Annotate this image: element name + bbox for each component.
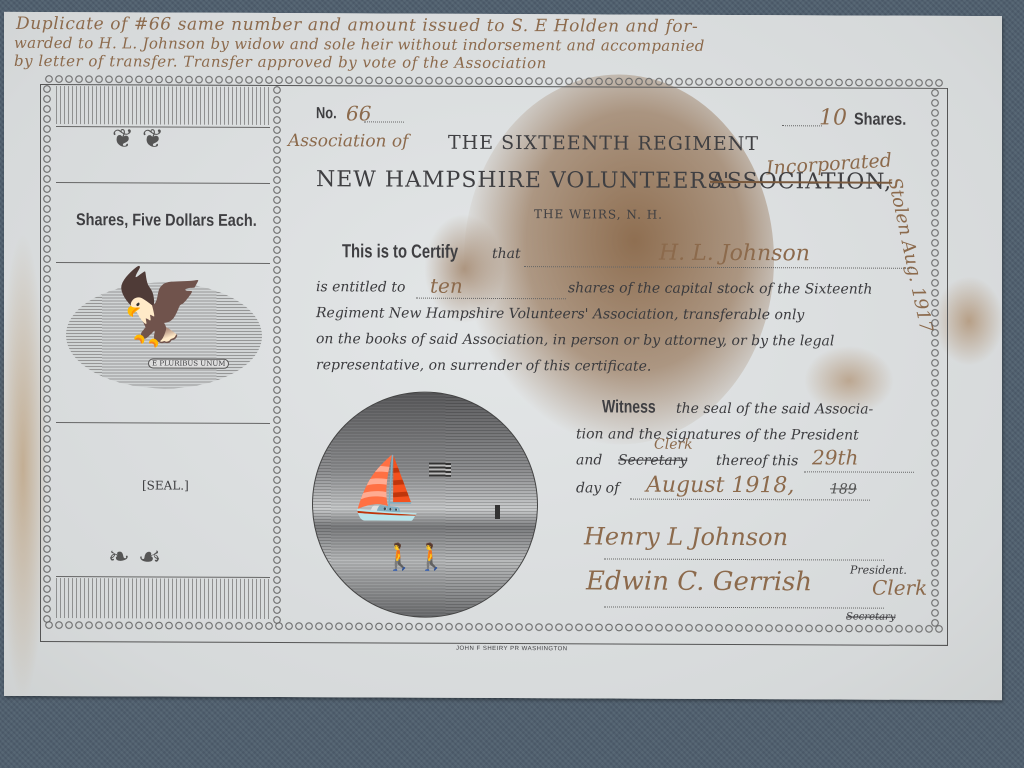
date-written: August 1918,	[646, 473, 794, 499]
secretary-title-struck: Secretary	[846, 611, 895, 622]
witness-line-1: the seal of the said Associa-	[676, 401, 873, 418]
body-line-5: representative, on surrender of this cer…	[316, 357, 651, 374]
president-signature: Henry L Johnson	[584, 522, 788, 551]
certificate-number-label: No.	[316, 105, 337, 123]
shares-clause: shares of the capital stock of the Sixte…	[568, 280, 872, 297]
witness-line-2: tion and the signatures of the President	[576, 426, 859, 443]
flourish-top-icon: ❦ ❦	[112, 124, 164, 154]
that-word: that	[492, 246, 521, 262]
shares-label: Shares.	[854, 110, 906, 130]
holder-name: H. L. Johnson	[659, 241, 810, 267]
border-right-scroll	[930, 88, 940, 628]
figures-icon: 🚶🚶	[383, 542, 448, 572]
title-prefix-handwritten: Association of	[288, 131, 408, 152]
left-panel-top-texture	[56, 86, 270, 125]
clerk-correction: Clerk	[654, 437, 693, 453]
certify-lead: This is to Certify	[342, 241, 458, 264]
annotation-line-3: by letter of transfer. Transfer approved…	[14, 52, 547, 72]
entitled-to: is entitled to	[316, 279, 405, 295]
border-left-scroll	[42, 84, 52, 624]
printer-imprint: JOHN F SHEIRY PR WASHINGTON	[456, 646, 568, 652]
secretary-correction: Clerk	[872, 576, 927, 600]
day-written: 29th	[812, 445, 858, 469]
lighthouse-icon	[495, 505, 500, 519]
day-of: day of	[576, 480, 619, 496]
witness-lead: Witness	[602, 396, 656, 417]
shares-count: 10	[819, 105, 847, 130]
secretary-signature: Edwin C. Gerrish	[586, 566, 812, 597]
flourish-bottom-icon: ❧ ☙	[108, 542, 161, 572]
ship-vignette: ⛵ 🚶🚶	[312, 391, 538, 618]
body-line-4: on the books of said Association, in per…	[316, 331, 834, 349]
flag-icon	[429, 463, 451, 477]
year-prefix-struck: 189	[830, 481, 857, 497]
title-line-2: NEW HAMPSHIRE VOLUNTEERS'	[316, 167, 730, 194]
left-panel-bottom-texture	[56, 578, 270, 619]
location: THE WEIRS, N. H.	[534, 207, 663, 222]
seal-placeholder: [SEAL.]	[142, 478, 189, 492]
body-line-3: Regiment New Hampshire Volunteers' Assoc…	[316, 305, 804, 323]
certificate-paper: Duplicate of #66 same number and amount …	[4, 12, 1002, 700]
title-struck-word: ASSOCIATION,	[710, 169, 892, 195]
thereof-this: thereof this	[716, 453, 798, 469]
eagle-motto: E PLURIBUS UNUM	[148, 358, 229, 368]
title-line-1: THE SIXTEENTH REGIMENT	[448, 132, 759, 155]
eagle-icon: 🦅	[114, 264, 206, 351]
shares-value-text: Shares, Five Dollars Each.	[76, 210, 257, 231]
ship-icon: ⛵	[349, 452, 424, 523]
witness-and: and	[576, 452, 602, 468]
panel-divider-scroll	[272, 85, 282, 625]
secretary-struck: Secretary	[618, 453, 687, 469]
shares-written: ten	[430, 274, 463, 298]
